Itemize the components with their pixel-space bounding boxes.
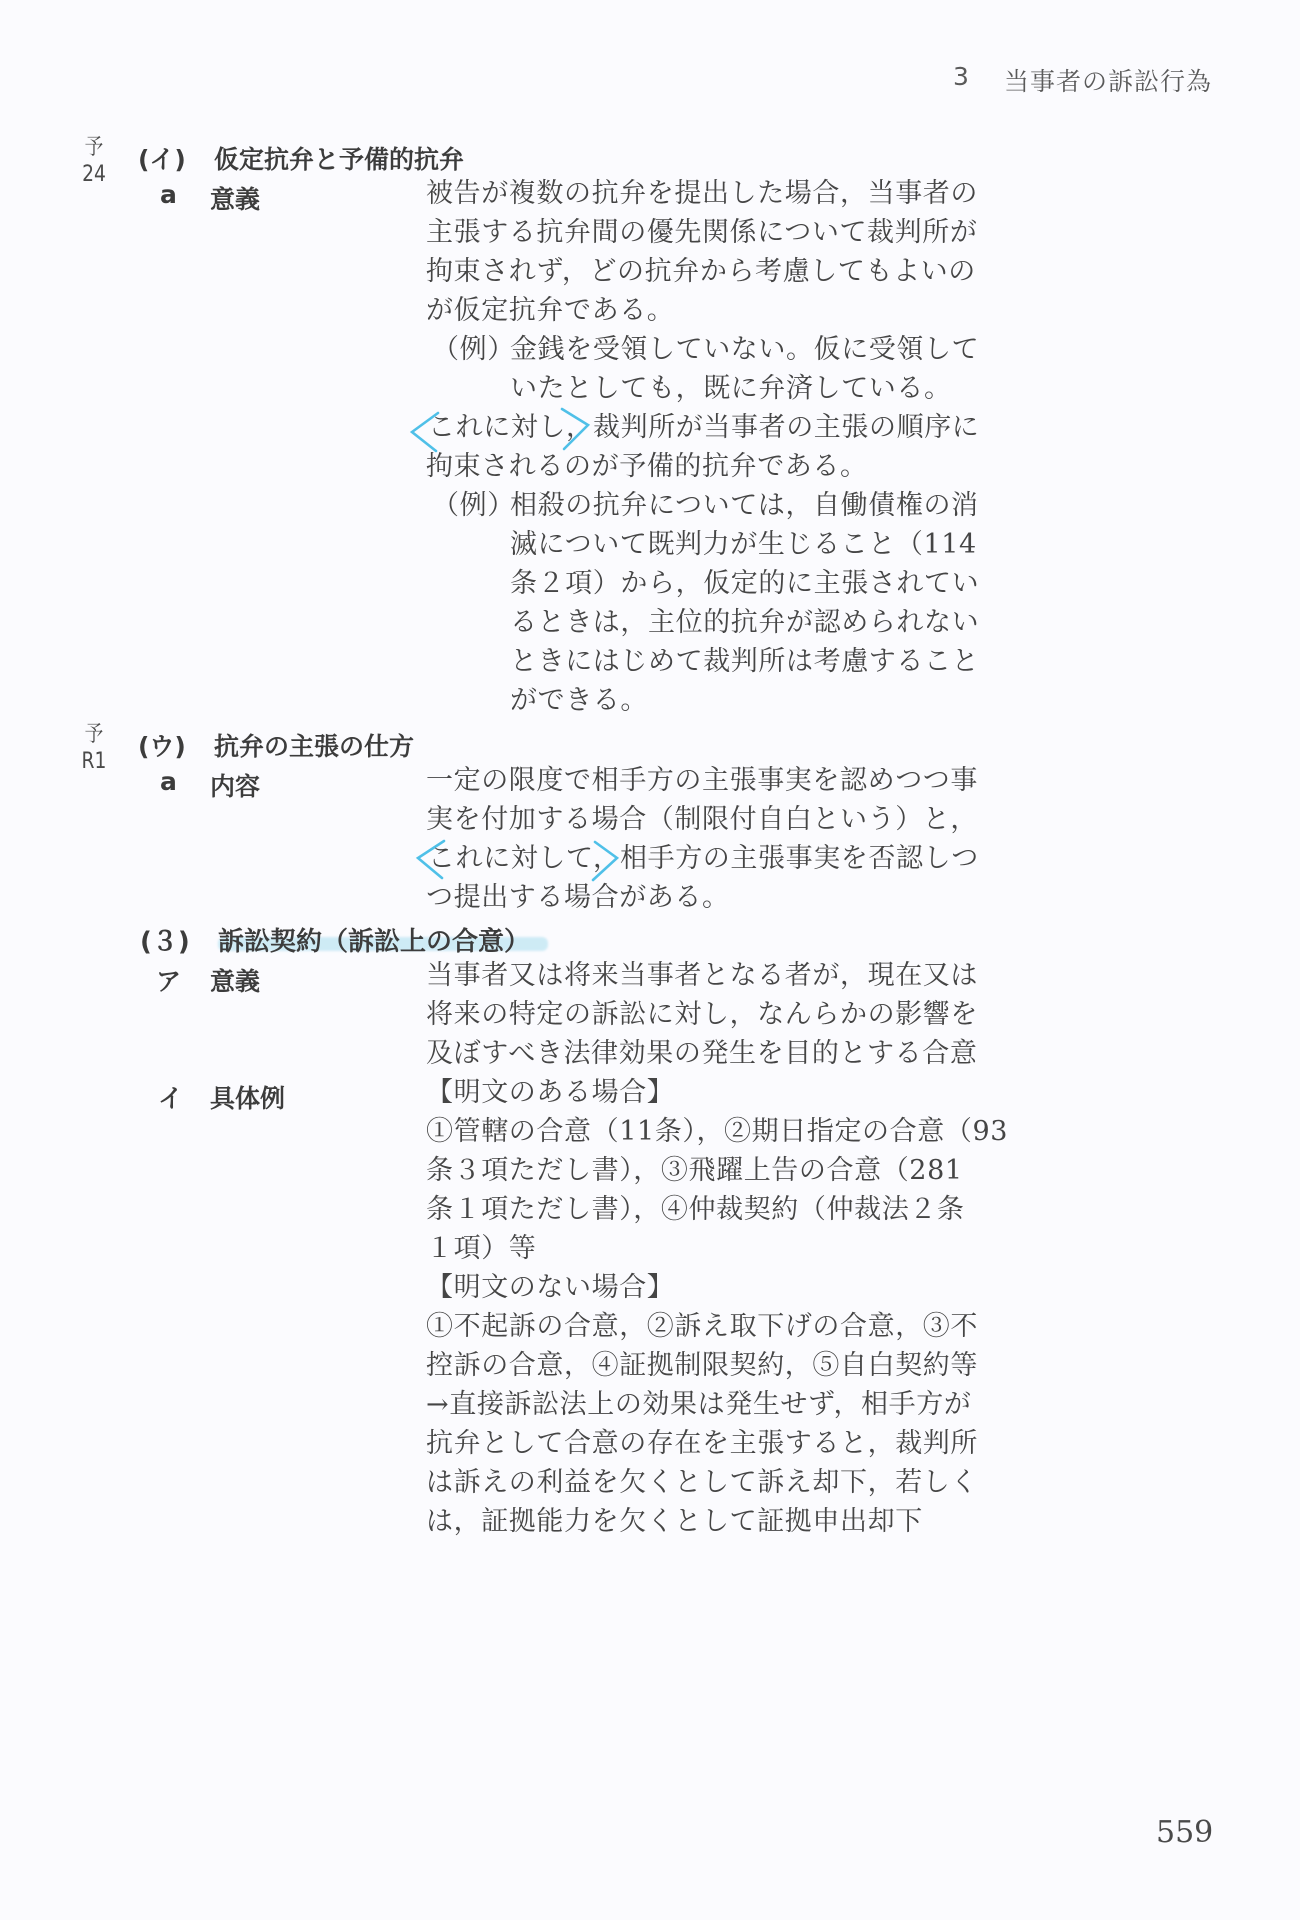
- subsection-title: 内容: [210, 767, 260, 803]
- example-line: 相殺の抗弁については，自働債権の消: [510, 488, 979, 524]
- body-line: が仮定抗弁である。: [426, 293, 674, 329]
- body-line: 条３項ただし書），③飛躍上告の合意（281: [426, 1153, 963, 1189]
- body-line: 拘束されず，どの抗弁から考慮してもよいの: [426, 254, 976, 290]
- annotation-close-bracket-icon: [554, 405, 594, 453]
- body-line: 被告が複数の抗弁を提出した場合，当事者の: [426, 176, 978, 212]
- body-line: 主張する抗弁間の優先関係について裁判所が: [426, 215, 977, 251]
- body-line: 当事者又は将来当事者となる者が，現在又は: [426, 958, 978, 994]
- body-line: ①不起訴の合意，②訴え取下げの合意，③不: [426, 1309, 978, 1345]
- example-marker: （例）: [432, 332, 515, 368]
- margin-mark-yo: 予: [81, 136, 107, 160]
- body-line: 条１項ただし書），④仲裁契約（仲裁法２条: [426, 1192, 965, 1228]
- body-line: つ提出する場合がある。: [426, 880, 730, 916]
- body-line: 裁判所が当事者の主張の順序に: [593, 410, 979, 446]
- body-line: →直接訴訟法上の効果は発生せず，相手方が: [426, 1387, 971, 1423]
- subsection-title: 意義: [210, 962, 260, 998]
- margin-mark-number: 24: [81, 163, 107, 187]
- body-line: は，証拠能力を欠くとして証拠申出却下: [426, 1504, 923, 1540]
- example-line: るときは，主位的抗弁が認められない: [510, 605, 979, 641]
- subheading-bracket: 【明文のある場合】: [426, 1075, 674, 1111]
- example-line: 金銭を受領していない。仮に受領して: [510, 332, 979, 368]
- section-title: 抗弁の主張の仕方: [214, 727, 414, 763]
- example-marker: （例）: [432, 488, 515, 524]
- section-title: 仮定抗弁と予備的抗弁: [214, 140, 464, 176]
- body-line: 拘束されるのが予備的抗弁である。: [426, 449, 868, 485]
- body-line: ①管轄の合意（11条），②期日指定の合意（93: [426, 1114, 1008, 1150]
- subsection-label: イ: [158, 1079, 183, 1115]
- subsection-title: 意義: [210, 180, 260, 216]
- page-number: 559: [1156, 1815, 1213, 1850]
- example-line: ができる。: [510, 683, 648, 719]
- example-line: 滅について既判力が生じること（114: [510, 527, 977, 563]
- section-number: (３): [140, 921, 190, 958]
- body-line: 控訴の合意，④証拠制限契約，⑤自白契約等: [426, 1348, 978, 1384]
- subheading-bracket: 【明文のない場合】: [426, 1270, 674, 1306]
- margin-mark-yo: 予: [81, 723, 107, 747]
- body-line: １項）等: [426, 1231, 536, 1267]
- body-line: は訴えの利益を欠くとして訴え却下，若しく: [426, 1465, 978, 1501]
- example-line: ときにはじめて裁判所は考慮すること: [510, 644, 979, 680]
- example-line: 条２項）から，仮定的に主張されてい: [510, 566, 979, 602]
- chapter-title: 当事者の訴訟行為: [1004, 62, 1212, 98]
- body-line: 相手方の主張事実を否認しつ: [620, 841, 979, 877]
- margin-mark-number: R1: [81, 750, 107, 774]
- subsection-label: a: [160, 180, 177, 209]
- subsection-label: ア: [156, 962, 181, 998]
- section-number: (ウ): [138, 727, 186, 763]
- subsection-label: a: [160, 767, 177, 796]
- section-number: (イ): [138, 140, 186, 176]
- body-line: 及ぼすべき法律効果の発生を目的とする合意: [426, 1036, 977, 1072]
- body-line: 実を付加する場合（制限付自白という）と，: [426, 802, 978, 838]
- body-line: 将来の特定の訴訟に対し，なんらかの影響を: [426, 997, 978, 1033]
- body-line: 一定の限度で相手方の主張事実を認めつつ事: [426, 763, 978, 799]
- subsection-title: 具体例: [210, 1079, 285, 1115]
- body-line: 抗弁として合意の存在を主張すると，裁判所: [426, 1426, 978, 1462]
- example-line: いたとしても，既に弁済している。: [510, 371, 952, 407]
- chapter-number: 3: [953, 62, 970, 91]
- section-title: 訴訟契約（訴訟上の合意）: [218, 921, 530, 958]
